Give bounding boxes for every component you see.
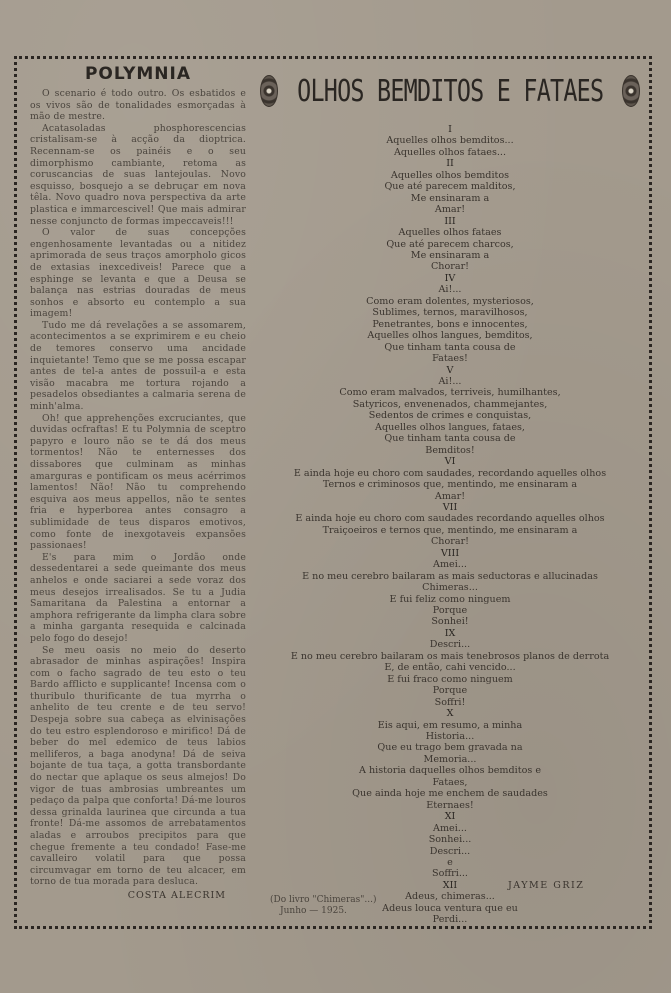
rosette-ornament-icon bbox=[622, 75, 640, 107]
poem-line: Que até parecem charcos, bbox=[250, 239, 650, 250]
poem-line: Sonhei! bbox=[250, 616, 650, 627]
poem-line: Satyricos, envenenados, chammejantes, bbox=[250, 399, 650, 410]
poem-line: E fui feliz como ninguem bbox=[250, 594, 650, 605]
poem-author: JAYME GRIZ bbox=[508, 880, 584, 891]
article-title: POLYMNIA bbox=[30, 64, 246, 84]
poem-line: Sedentos de crimes e conquistas, bbox=[250, 410, 650, 421]
poem-line: Aquelles olhos fataes... bbox=[250, 147, 650, 158]
poem-title: OLHOS BEMDITOS E FATAES bbox=[297, 74, 603, 109]
poem-line: Porque bbox=[250, 605, 650, 616]
olhos-bemditos-poem: OLHOS BEMDITOS E FATAES IAquelles olhos … bbox=[250, 62, 650, 926]
poem-line: Fataes! bbox=[250, 353, 650, 364]
poem-line: Aquelles olhos fataes bbox=[250, 227, 650, 238]
stanza-numeral: I bbox=[250, 124, 650, 135]
stanza-numeral: VII bbox=[250, 502, 650, 513]
poem-line: E, de então, cahi vencido... bbox=[250, 662, 650, 673]
stanza-numeral: IX bbox=[250, 628, 650, 639]
poem-line: Que tinham tanta cousa de bbox=[250, 342, 650, 353]
poem-line: Que tinham tanta cousa de bbox=[250, 433, 650, 444]
rosette-ornament-icon bbox=[260, 75, 278, 107]
stanza-numeral: X bbox=[250, 708, 650, 719]
poem-line: Amar! bbox=[250, 204, 650, 215]
poem-line: Chorar! bbox=[250, 536, 650, 547]
poem-line: Amei... bbox=[250, 559, 650, 570]
poem-line: Penetrantes, bons e innocentes, bbox=[250, 319, 650, 330]
poem-line: A historia daquelles olhos bemditos e bbox=[250, 765, 650, 776]
poem-line: Sonhei... bbox=[250, 834, 650, 845]
article-body: O scenario é todo outro. Os esbatidos e … bbox=[30, 88, 246, 888]
poem-line: Que eu trago bem gravada na bbox=[250, 742, 650, 753]
poem-line: Eternaes! bbox=[250, 800, 650, 811]
paragraph: O scenario é todo outro. Os esbatidos e … bbox=[30, 88, 246, 123]
poem-line: Soffri... bbox=[250, 868, 650, 879]
paragraph: Se meu oasis no meio do deserto abrasado… bbox=[30, 645, 246, 888]
poem-line: Que ainda hoje me enchem de saudades bbox=[250, 788, 650, 799]
polymnia-article: POLYMNIA O scenario é todo outro. Os esb… bbox=[30, 64, 246, 901]
poem-line: Chimeras... bbox=[250, 582, 650, 593]
poem-line: Sublimes, ternos, maravilhosos, bbox=[250, 307, 650, 318]
stanza-numeral: III bbox=[250, 216, 650, 227]
poem-line: Ai!... bbox=[250, 376, 650, 387]
poem-line: Descri... bbox=[250, 846, 650, 857]
poem-line: Aquelles olhos langues, fataes, bbox=[250, 422, 650, 433]
poem-line: Bemditos! bbox=[250, 445, 650, 456]
poem-line: Como eram malvados, terriveis, humilhant… bbox=[250, 387, 650, 398]
stanza-numeral: XI bbox=[250, 811, 650, 822]
paragraph: O valor de suas concepções engenhosament… bbox=[30, 227, 246, 320]
stanza-numeral: II bbox=[250, 158, 650, 169]
poem-line: Chorar! bbox=[250, 261, 650, 272]
poem-line: Eis aqui, em resumo, a minha bbox=[250, 720, 650, 731]
poem-headline: OLHOS BEMDITOS E FATAES bbox=[250, 62, 650, 120]
poem-line: Aquelles olhos langues, bemditos, bbox=[250, 330, 650, 341]
poem-line: Soffri! bbox=[250, 697, 650, 708]
poem-line: Ternos e criminosos que, mentindo, me en… bbox=[250, 479, 650, 490]
poem-line: Que até parecem malditos, bbox=[250, 181, 650, 192]
source-book: (Do livro "Chimeras"...) bbox=[270, 895, 377, 906]
poem-line: Amar! bbox=[250, 491, 650, 502]
poem-line: E fui fraco como ninguem bbox=[250, 674, 650, 685]
poem-line: Aquelles olhos bemditos... bbox=[250, 135, 650, 146]
poem-body: IAquelles olhos bemditos...Aquelles olho… bbox=[250, 124, 650, 926]
poem-line: Historia... bbox=[250, 731, 650, 742]
stanza-numeral: IV bbox=[250, 273, 650, 284]
stanza-numeral: XII bbox=[250, 880, 650, 891]
paragraph: E's para mim o Jordão onde dessedentarei… bbox=[30, 552, 246, 645]
poem-line: Ai!... bbox=[250, 284, 650, 295]
paragraph: Tudo me dá revelações a se assomarem, ac… bbox=[30, 320, 246, 413]
poem-line: Me ensinaram a bbox=[250, 250, 650, 261]
poem-line: Aquelles olhos bemditos bbox=[250, 170, 650, 181]
poem-line: E no meu cerebro bailaram os mais tenebr… bbox=[250, 651, 650, 662]
article-author: COSTA ALECRIM bbox=[30, 890, 246, 901]
poem-line: E no meu cerebro bailaram as mais seduct… bbox=[250, 571, 650, 582]
poem-line: Me ensinaram a bbox=[250, 193, 650, 204]
stanza-numeral: VIII bbox=[250, 548, 650, 559]
poem-line: E ainda hoje eu choro com saudades, reco… bbox=[250, 468, 650, 479]
publication-date: Junho — 1925. bbox=[270, 906, 377, 917]
poem-line: e bbox=[250, 857, 650, 868]
poem-line: Descri... bbox=[250, 639, 650, 650]
poem-line: Porque bbox=[250, 685, 650, 696]
poem-line: Traiçoeiros e ternos que, mentindo, me e… bbox=[250, 525, 650, 536]
paragraph: Oh! que apprehenções excruciantes, que d… bbox=[30, 413, 246, 552]
source-note: (Do livro "Chimeras"...) Junho — 1925. bbox=[270, 895, 377, 917]
stanza-numeral: V bbox=[250, 365, 650, 376]
paragraph: Acatasoladas phosphorescencias cristalis… bbox=[30, 123, 246, 227]
stanza-numeral: VI bbox=[250, 456, 650, 467]
poem-line: E ainda hoje eu choro com saudades recor… bbox=[250, 513, 650, 524]
poem-line: Amei... bbox=[250, 823, 650, 834]
poem-line: Fataes, bbox=[250, 777, 650, 788]
poem-line: Como eram dolentes, mysteriosos, bbox=[250, 296, 650, 307]
poem-line: Memoria... bbox=[250, 754, 650, 765]
